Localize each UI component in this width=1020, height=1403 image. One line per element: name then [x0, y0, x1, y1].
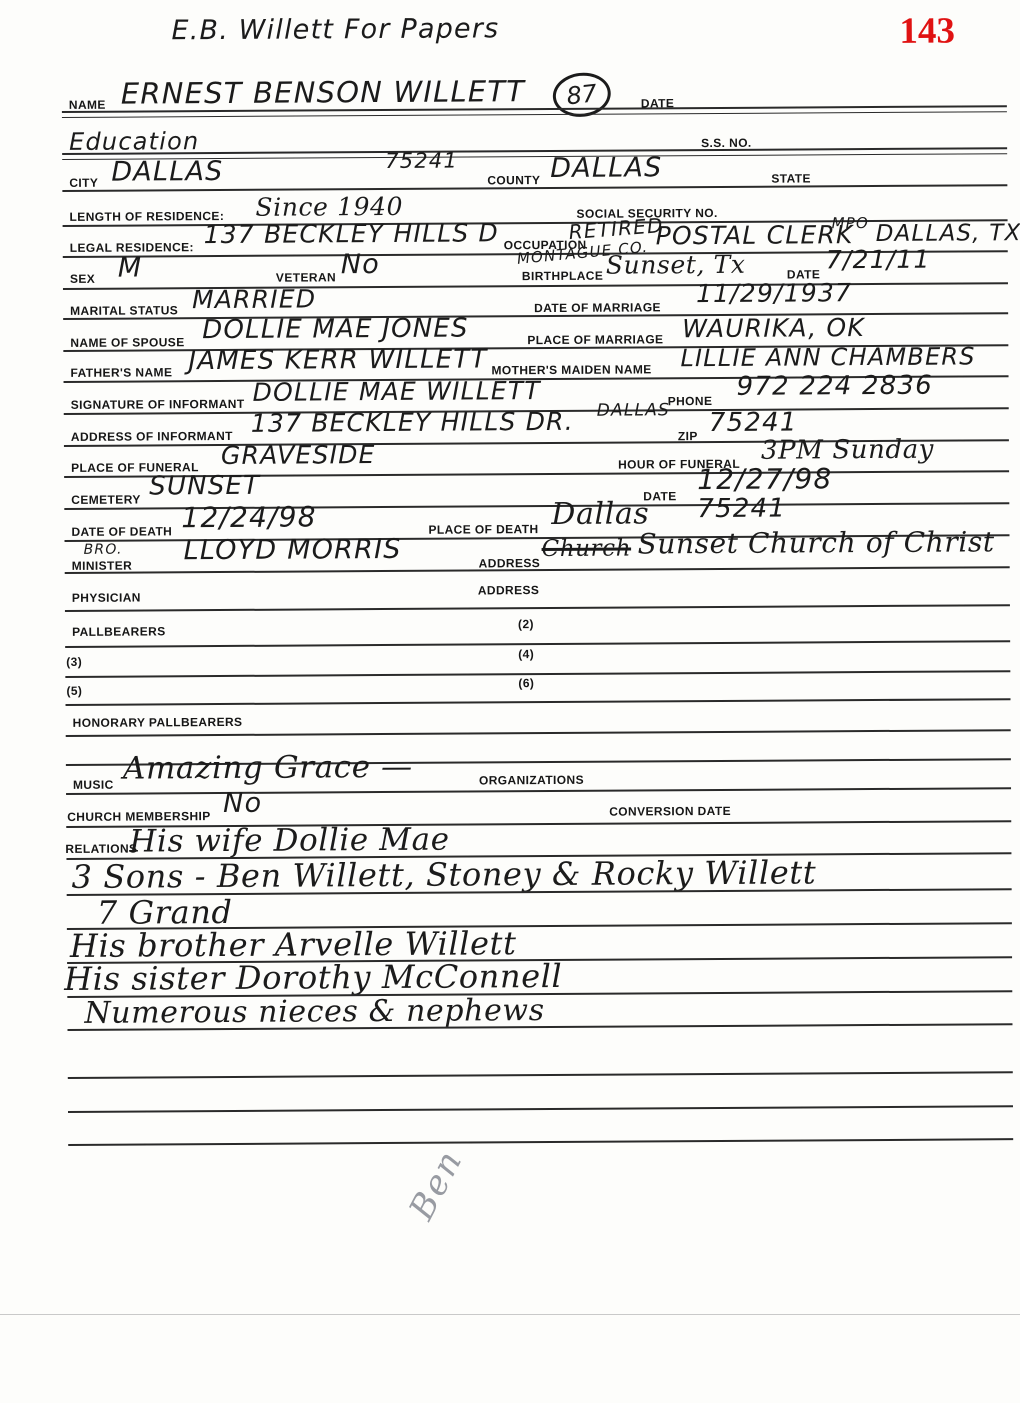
name-value: Ernest Benson Willett	[121, 77, 526, 108]
scanned-funeral-record: E.B. Willett For Papers 143 NAME Ernest …	[0, 0, 1020, 1403]
pallbearers-label: PALLBEARERS	[72, 625, 166, 638]
ruled-line	[68, 1105, 1013, 1113]
relations-line: 3 Sons - Ben Willett, Stoney & Rocky Wil…	[71, 856, 816, 893]
sex-value: M	[118, 254, 143, 281]
death-date-label: DATE OF DEATH	[71, 525, 172, 538]
marital-status-value: Married	[192, 286, 316, 312]
name-label: NAME	[69, 99, 106, 111]
minister-address-struck: Church	[542, 538, 632, 562]
death-place-value: Dallas	[551, 499, 649, 530]
cemetery-label: CEMETERY	[71, 494, 141, 506]
father-name-value: James Kerr Willett	[188, 346, 487, 374]
birthplace-value: Sunset, Tx	[606, 252, 746, 278]
relations-line: 7 Grand	[97, 896, 233, 929]
spouse-label: NAME OF SPOUSE	[70, 336, 184, 349]
page-number: 143	[899, 13, 955, 50]
physician-address-label: ADDRESS	[478, 584, 540, 596]
marriage-date-label: DATE OF MARRIAGE	[534, 301, 661, 314]
pallbearer-2-label: (2)	[518, 618, 534, 630]
ruled-line	[65, 604, 1010, 612]
minister-label: MINISTER	[72, 560, 133, 572]
birth-date-value: 7/21/11	[826, 247, 931, 273]
ruled-line	[66, 698, 1011, 706]
death-place-label: PLACE OF DEATH	[428, 523, 538, 536]
ruled-line	[65, 640, 1010, 648]
music-label: MUSIC	[73, 779, 114, 791]
county-value: Dallas	[550, 154, 662, 182]
zip-note: 75241	[385, 151, 458, 172]
informant-city-note: Dallas	[597, 402, 670, 419]
relations-value: His wife Dollie Mae	[129, 825, 449, 858]
residence-length-value: Since 1940	[255, 194, 403, 220]
funeral-hour-value: 3PM Sunday	[761, 437, 934, 464]
cemetery-value: Sunset	[149, 473, 260, 500]
informant-address-label: ADDRESS OF INFORMANT	[71, 430, 233, 443]
zip-value: 75241	[709, 409, 798, 436]
marriage-place-label: PLACE OF MARRIAGE	[527, 333, 663, 346]
informant-address-value: 137 Beckley Hills Dr.	[251, 409, 574, 436]
minister-title-note: Bro.	[84, 543, 123, 557]
occupation-retired-note: Retired	[568, 215, 664, 242]
marriage-place-value: Waurika, OK	[682, 315, 865, 341]
death-place-zip: 75241	[697, 496, 786, 523]
sex-label: SEX	[70, 273, 95, 285]
birthplace-label: BIRTHPLACE	[522, 270, 603, 282]
informant-signature-value: Dollie Mae Willett	[253, 378, 541, 405]
church-membership-label: CHURCH MEMBERSHIP	[67, 810, 211, 823]
education-value: Education	[69, 129, 199, 154]
cemetery-date-value: 12/27/98	[697, 465, 833, 494]
mother-maiden-name-label: MOTHER'S MAIDEN NAME	[491, 363, 651, 376]
state-label: STATE	[771, 172, 811, 184]
occupation-city: Dallas, Tx	[876, 222, 1020, 246]
header-note: E.B. Willett For Papers	[171, 15, 499, 44]
honorary-pallbearers-label: HONORARY PALLBEARERS	[73, 716, 243, 729]
veteran-value: No	[341, 251, 380, 278]
death-date-value: 12/24/98	[181, 503, 317, 532]
pallbearer-6-label: (6)	[518, 677, 534, 689]
pallbearer-5-label: (5)	[66, 685, 82, 697]
legal-residence-value: 137 Beckley Hills D	[204, 220, 499, 247]
organizations-label: ORGANIZATIONS	[479, 774, 584, 787]
county-label: COUNTY	[487, 174, 540, 186]
city-value: Dallas	[111, 158, 223, 186]
minister-value: Lloyd Morris	[183, 536, 401, 564]
ssn-label: S.S. NO.	[701, 137, 752, 149]
ruled-line	[68, 1138, 1013, 1146]
informant-signature-label: SIGNATURE OF INFORMANT	[71, 398, 245, 411]
relations-label: RELATIONS	[65, 843, 137, 855]
marriage-date-value: 11/29/1937	[696, 280, 852, 306]
spouse-value: Dollie Mae Jones	[202, 315, 469, 343]
ruled-line	[66, 787, 1011, 795]
minister-address-label: ADDRESS	[479, 557, 541, 569]
signature-note: Ben	[402, 1143, 471, 1226]
veteran-label: VETERAN	[276, 271, 336, 283]
phone-label: PHONE	[668, 395, 713, 407]
marital-status-label: MARITAL STATUS	[70, 304, 178, 317]
father-name-label: FATHER'S NAME	[70, 366, 172, 379]
residence-length-label: LENGTH OF RESIDENCE:	[70, 210, 225, 223]
music-value: Amazing Grace —	[123, 752, 413, 785]
funeral-place-value: Graveside	[221, 442, 376, 468]
pallbearer-4-label: (4)	[518, 648, 534, 660]
relations-line: Numerous nieces & nephews	[84, 996, 544, 1029]
minister-address-value: Sunset Church of Christ	[637, 528, 994, 558]
ruled-line	[65, 670, 1010, 678]
phone-value: 972 224 2836	[737, 373, 934, 400]
form-content: E.B. Willett For Papers 143 NAME Ernest …	[0, 0, 1020, 1403]
conversion-date-label: CONVERSION DATE	[609, 805, 731, 818]
page-edge-line	[0, 1314, 1020, 1315]
ruled-line	[66, 729, 1011, 737]
relations-line: His sister Dorothy McConnell	[64, 960, 562, 995]
occupation-mpo-note: MPO	[832, 216, 869, 231]
pallbearer-3-label: (3)	[66, 656, 82, 668]
mother-maiden-name-value: Lillie Ann Chambers	[680, 344, 975, 370]
occupation-value: Postal Clerk	[656, 222, 854, 248]
physician-label: PHYSICIAN	[72, 592, 141, 604]
city-label: CITY	[69, 177, 98, 189]
church-membership-value: No	[223, 790, 262, 817]
ruled-line	[68, 1071, 1013, 1079]
